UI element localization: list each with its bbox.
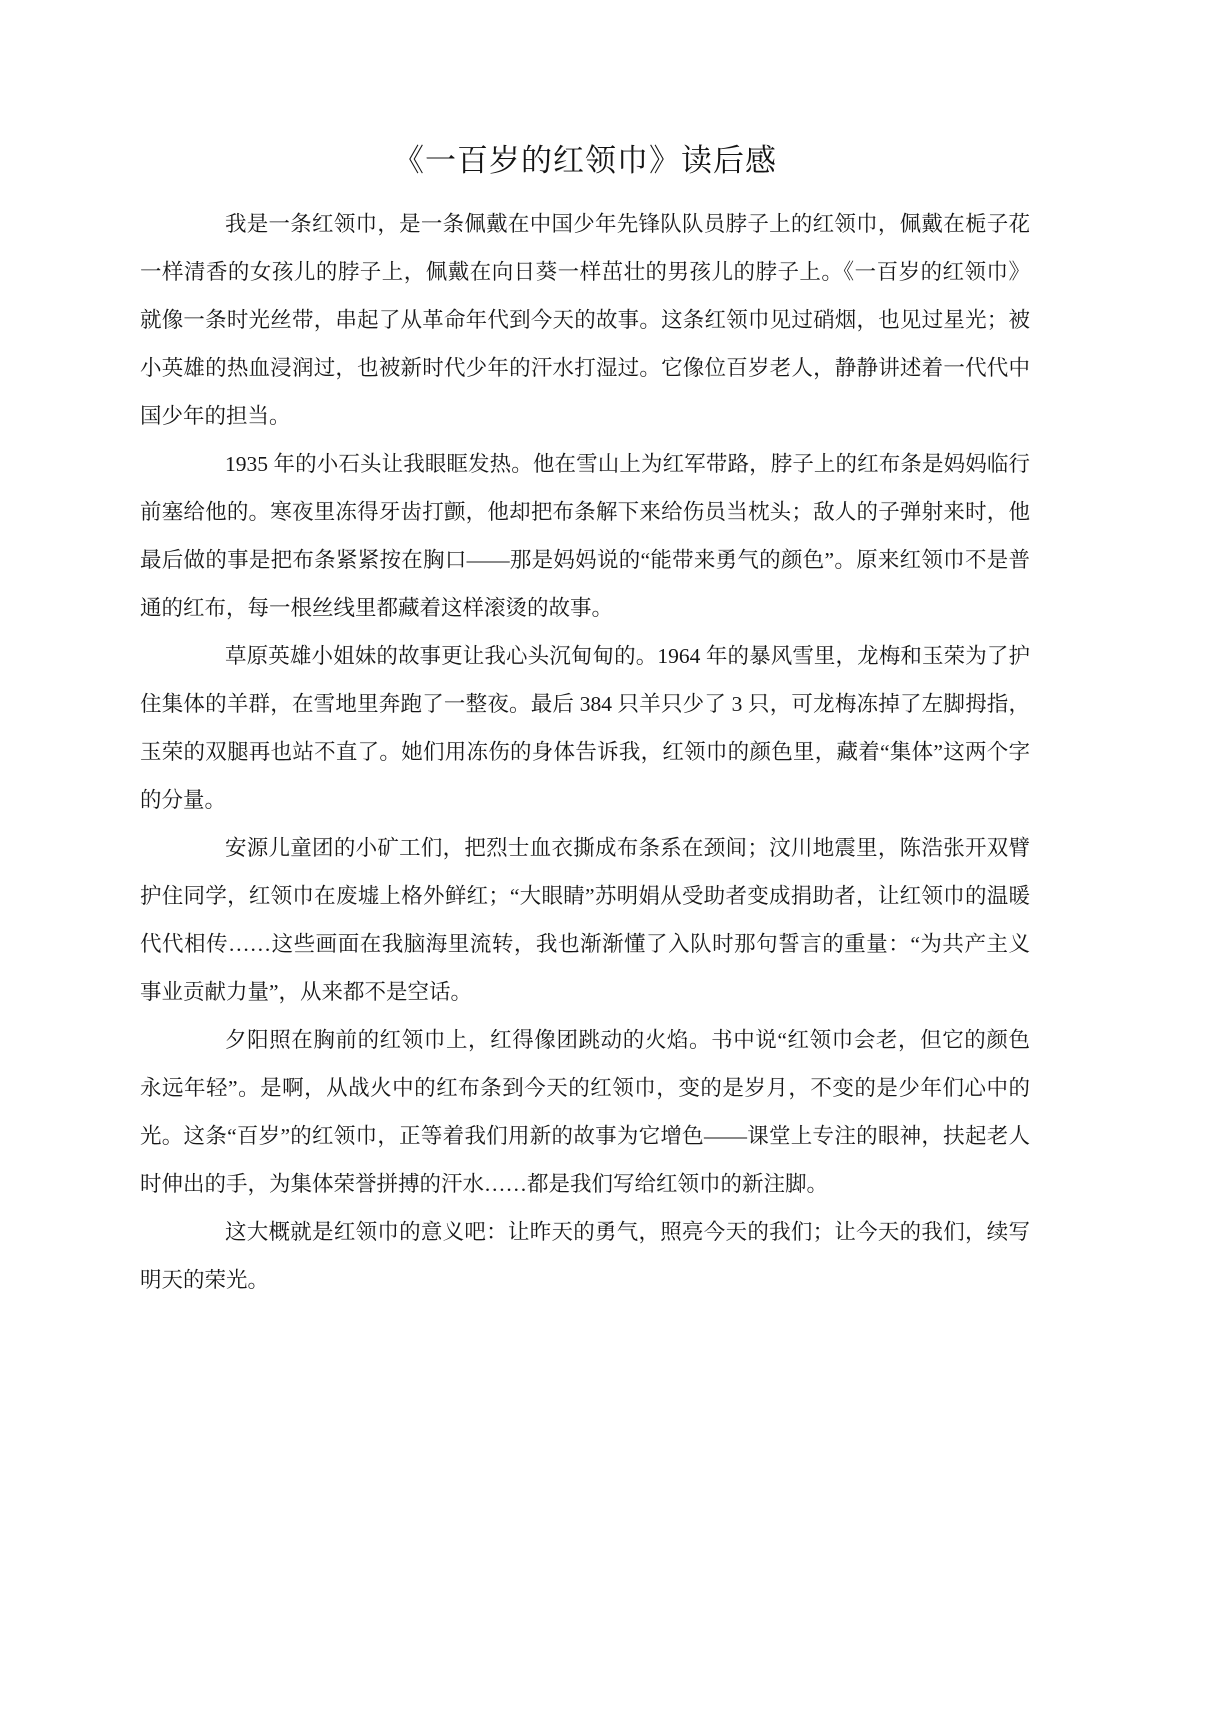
paragraph-5: 夕阳照在胸前的红领巾上，红得像团跳动的火焰。书中说“红领巾会老，但它的颜色永远年…	[140, 1016, 1030, 1208]
paragraph-4: 安源儿童团的小矿工们，把烈士血衣撕成布条系在颈间；汶川地震里，陈浩张开双臂护住同…	[140, 824, 1030, 1016]
paragraph-6: 这大概就是红领巾的意义吧：让昨天的勇气，照亮今天的我们；让今天的我们，续写明天的…	[140, 1208, 1030, 1304]
document-page: 《一百岁的红领巾》读后感 我是一条红领巾，是一条佩戴在中国少年先锋队队员脖子上的…	[0, 0, 1216, 1712]
paragraph-3: 草原英雄小姐妹的故事更让我心头沉甸甸的。1964 年的暴风雪里，龙梅和玉荣为了护…	[140, 632, 1030, 824]
paragraph-1: 我是一条红领巾，是一条佩戴在中国少年先锋队队员脖子上的红领巾，佩戴在栀子花一样清…	[140, 200, 1030, 440]
document-body: 我是一条红领巾，是一条佩戴在中国少年先锋队队员脖子上的红领巾，佩戴在栀子花一样清…	[140, 200, 1030, 1304]
document-title: 《一百岁的红领巾》读后感	[140, 0, 1030, 184]
paragraph-2: 1935 年的小石头让我眼眶发热。他在雪山上为红军带路，脖子上的红布条是妈妈临行…	[140, 440, 1030, 632]
